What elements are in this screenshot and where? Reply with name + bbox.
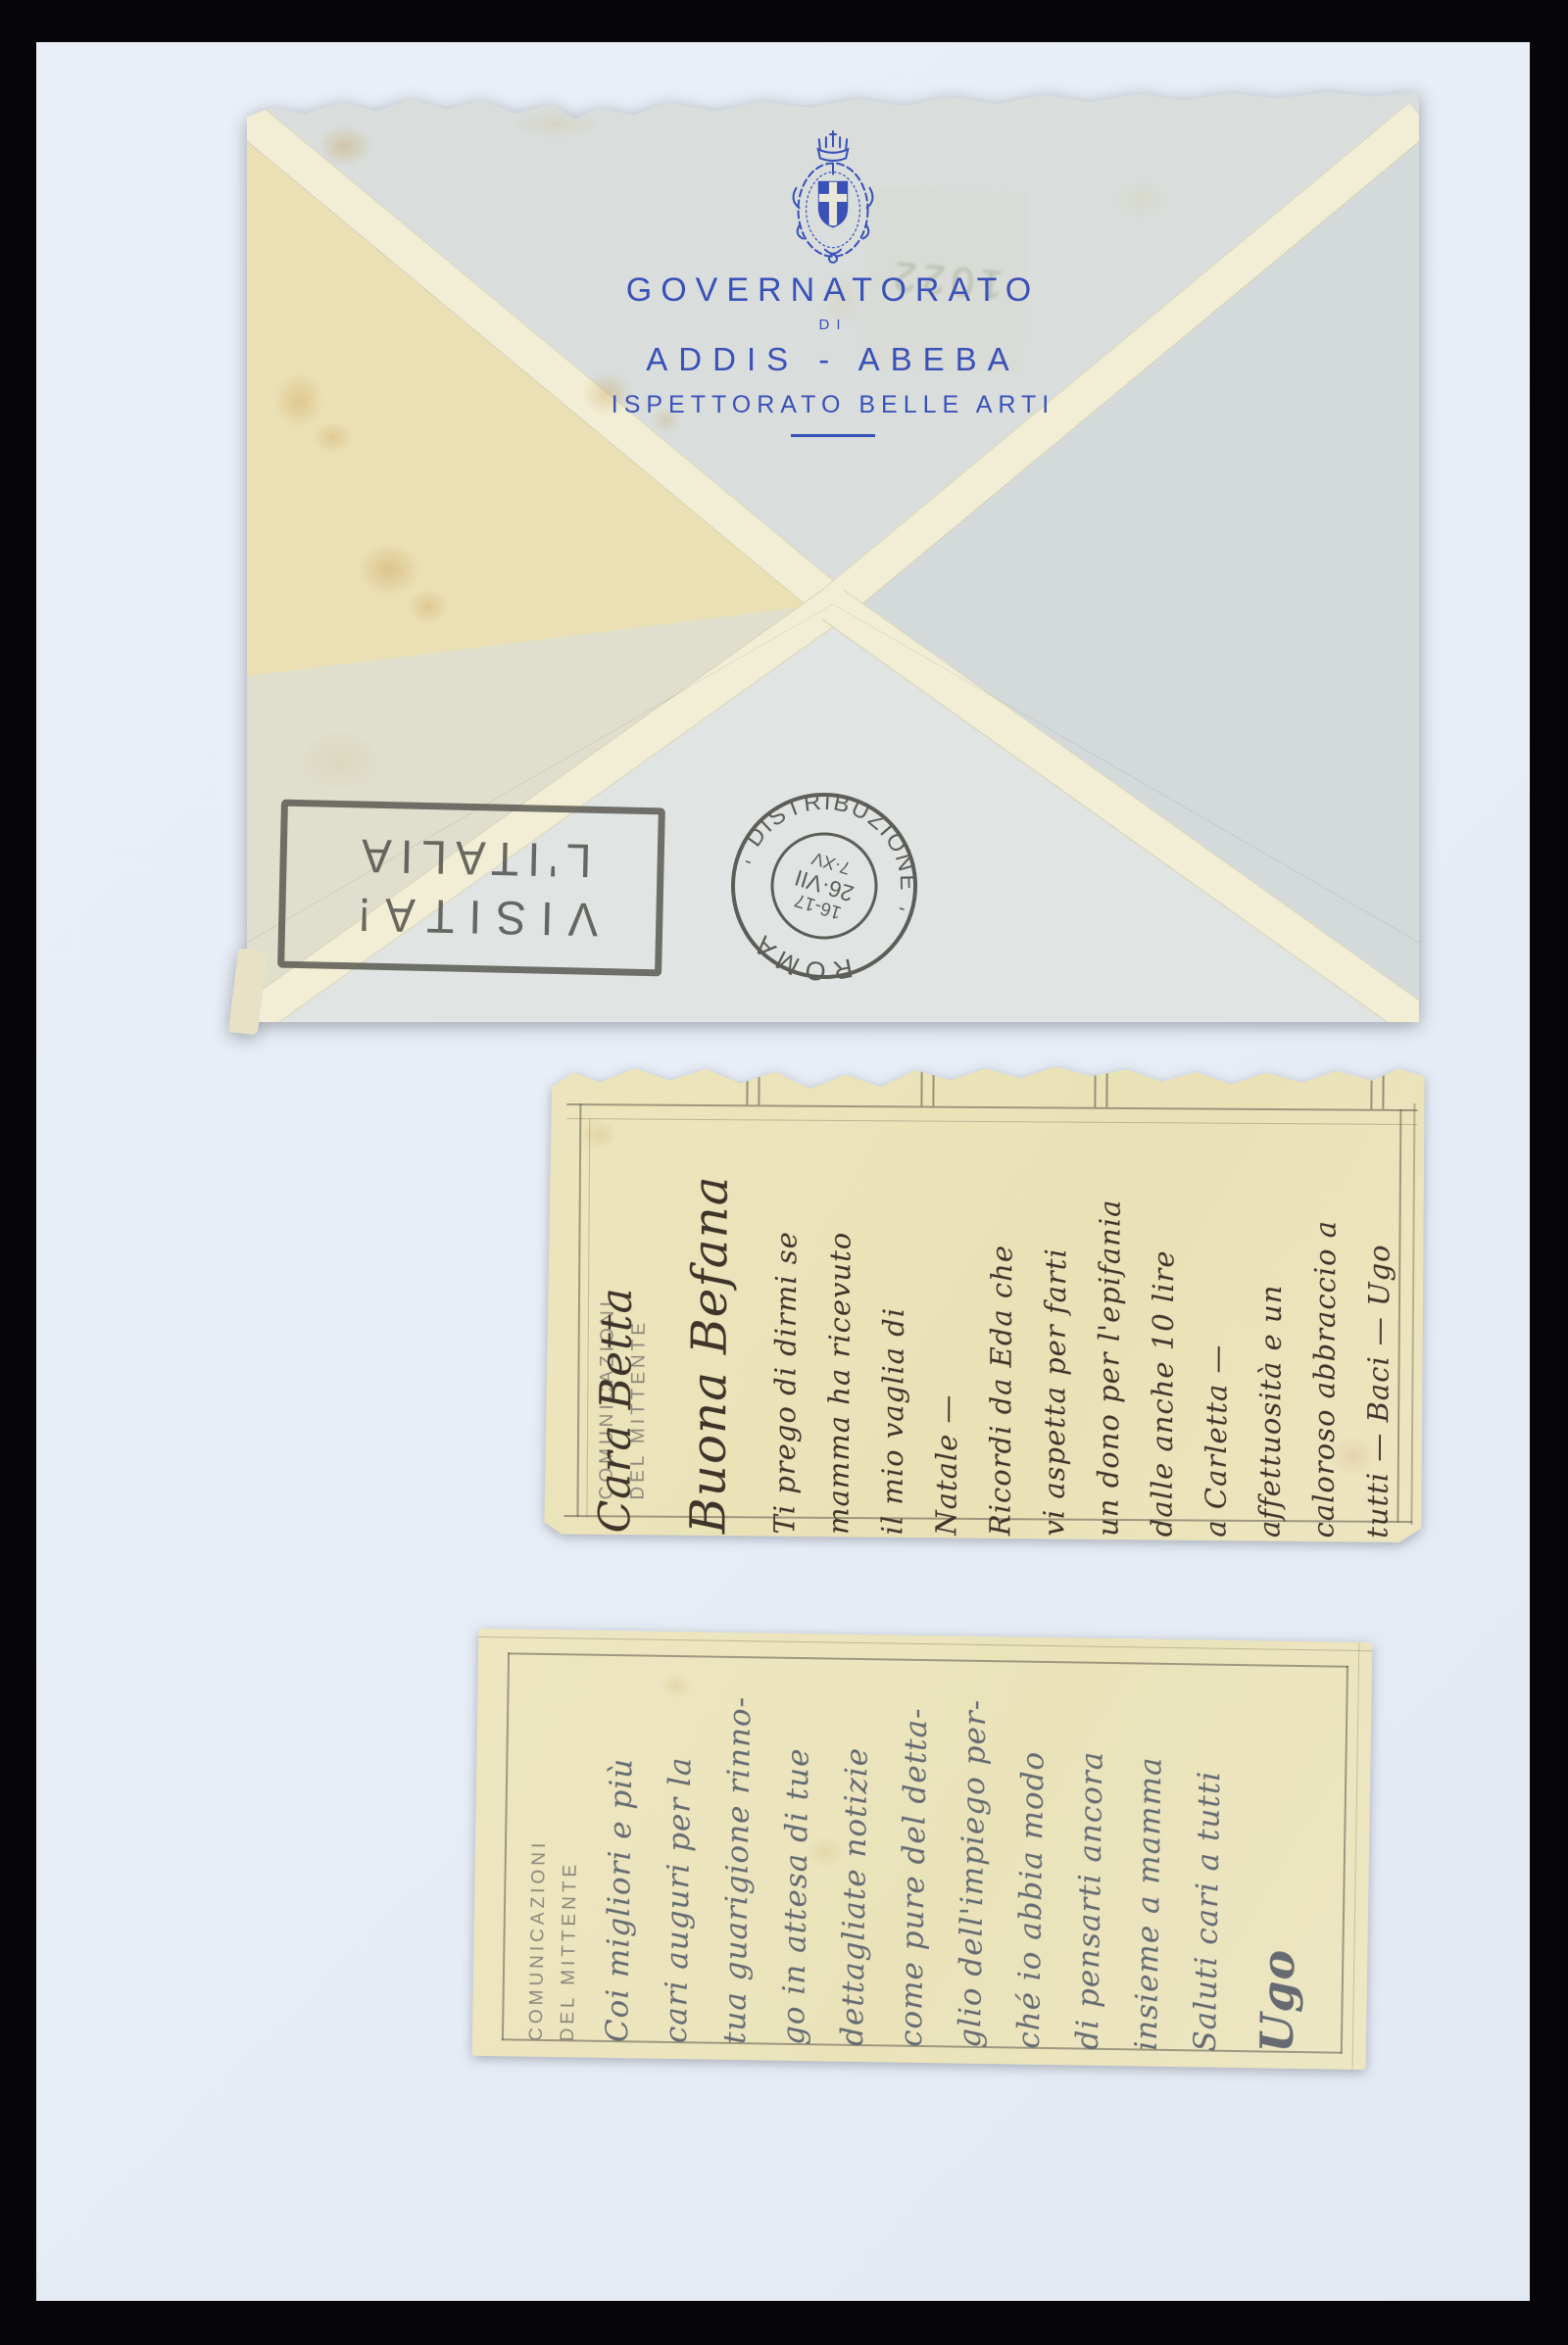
- slip1-paper: COMUNICAZIONI DEL MITTENTE Cara Betta Bu…: [544, 1058, 1424, 1542]
- form-tick: [920, 1069, 934, 1106]
- handwriting-line: insieme a mamma: [1117, 1666, 1182, 2051]
- savoy-crest-icon: [782, 130, 884, 269]
- handwriting-line: vi aspetta per farti: [1027, 1112, 1084, 1536]
- handwriting-line: a Carletta —: [1189, 1113, 1246, 1537]
- slip2-paper: COMUNICAZIONI DEL MITTENTE Coi migliori …: [472, 1629, 1373, 2070]
- form-tick: [1370, 1072, 1384, 1109]
- handwriting-line: Cara Betta: [573, 1109, 661, 1534]
- handwriting-line: tutti — Baci — Ugo: [1350, 1115, 1407, 1539]
- heading-ispettorato: ISPETTORATO BELLE ARTI: [247, 391, 1419, 419]
- handwriting-line: un dono per l'epifania: [1081, 1113, 1138, 1537]
- handwriting-line: mamma ha ricevuto: [811, 1111, 868, 1535]
- handwriting-line: ché io abbia modo: [1000, 1664, 1064, 2049]
- cds-separator-right: -: [742, 852, 755, 874]
- handwriting-line: dalle anche 10 lire: [1135, 1113, 1192, 1537]
- printed-label-line: COMUNICAZIONI: [521, 1747, 558, 2041]
- heading-di: DI: [247, 317, 1419, 333]
- heading-addis-abeba: ADDIS - ABEBA: [247, 341, 1419, 378]
- handwriting-line: go in attesa di tue: [764, 1661, 829, 2046]
- slogan-cancel-stamp: VISITA! L'ITALIA: [277, 800, 665, 977]
- envelope-back: 1022: [247, 87, 1419, 1022]
- sender-note-slip-2: COMUNICAZIONI DEL MITTENTE Coi migliori …: [472, 1629, 1373, 2070]
- cds-separator-left: -: [896, 899, 908, 921]
- handwritten-message: Cara Betta Buona Befana Ti prego di dirm…: [573, 1109, 1415, 1539]
- form-tick: [1094, 1070, 1107, 1107]
- handwriting-line: cari auguri per la: [647, 1659, 711, 2044]
- scanned-album-page: { "envelope": { "header": { "line1": "GO…: [0, 0, 1568, 2345]
- handwriting-line: Buona Befana: [658, 1110, 760, 1535]
- slogan-line-2: L'ITALIA: [352, 828, 592, 889]
- handwriting-line: glio dell'impiego per-: [941, 1663, 1005, 2048]
- envelope-paper: 1022: [247, 87, 1419, 1022]
- handwriting-line: Saluti cari a tutti: [1176, 1667, 1241, 2052]
- handwriting-line: caloroso abbraccio a: [1297, 1114, 1353, 1538]
- handwriting-line: Ti prego di dirmi se: [758, 1110, 814, 1534]
- handwriting-line: tua guarigione rinno-: [706, 1660, 770, 2045]
- printed-label: COMUNICAZIONI DEL MITTENTE: [521, 1747, 589, 2042]
- slogan-line-1: VISITA!: [343, 887, 599, 949]
- printed-heading: GOVERNATORATO DI ADDIS - ABEBA ISPETTORA…: [247, 271, 1419, 437]
- handwritten-message: Coi migliori e più cari auguri per la tu…: [588, 1658, 1345, 2054]
- handwriting-line: come pure del detta-: [882, 1662, 947, 2047]
- handwriting-line: di pensarti ancora: [1058, 1665, 1123, 2050]
- album-page: 1022: [36, 42, 1530, 2301]
- handwriting-line: Natale —: [919, 1112, 976, 1536]
- handwriting-line: dettagliate notizie: [823, 1661, 888, 2046]
- handwriting-line: Coi migliori e più: [588, 1658, 653, 2043]
- handwriting-line: il mio vaglia di: [865, 1111, 922, 1535]
- handwriting-line: affettuosità e un: [1243, 1114, 1299, 1538]
- torn-paper-fragment: [228, 948, 268, 1035]
- printed-label-line: DEL MITTENTE: [553, 1747, 589, 2041]
- handwriting-line: Ricordi da Eda che: [973, 1112, 1030, 1536]
- sender-note-slip-1: COMUNICAZIONI DEL MITTENTE Cara Betta Bu…: [544, 1058, 1424, 1542]
- form-tick: [746, 1067, 759, 1104]
- heading-governatorato: GOVERNATORATO: [247, 271, 1419, 310]
- signature: Ugo: [1235, 1668, 1325, 2053]
- heading-rule: [791, 434, 875, 437]
